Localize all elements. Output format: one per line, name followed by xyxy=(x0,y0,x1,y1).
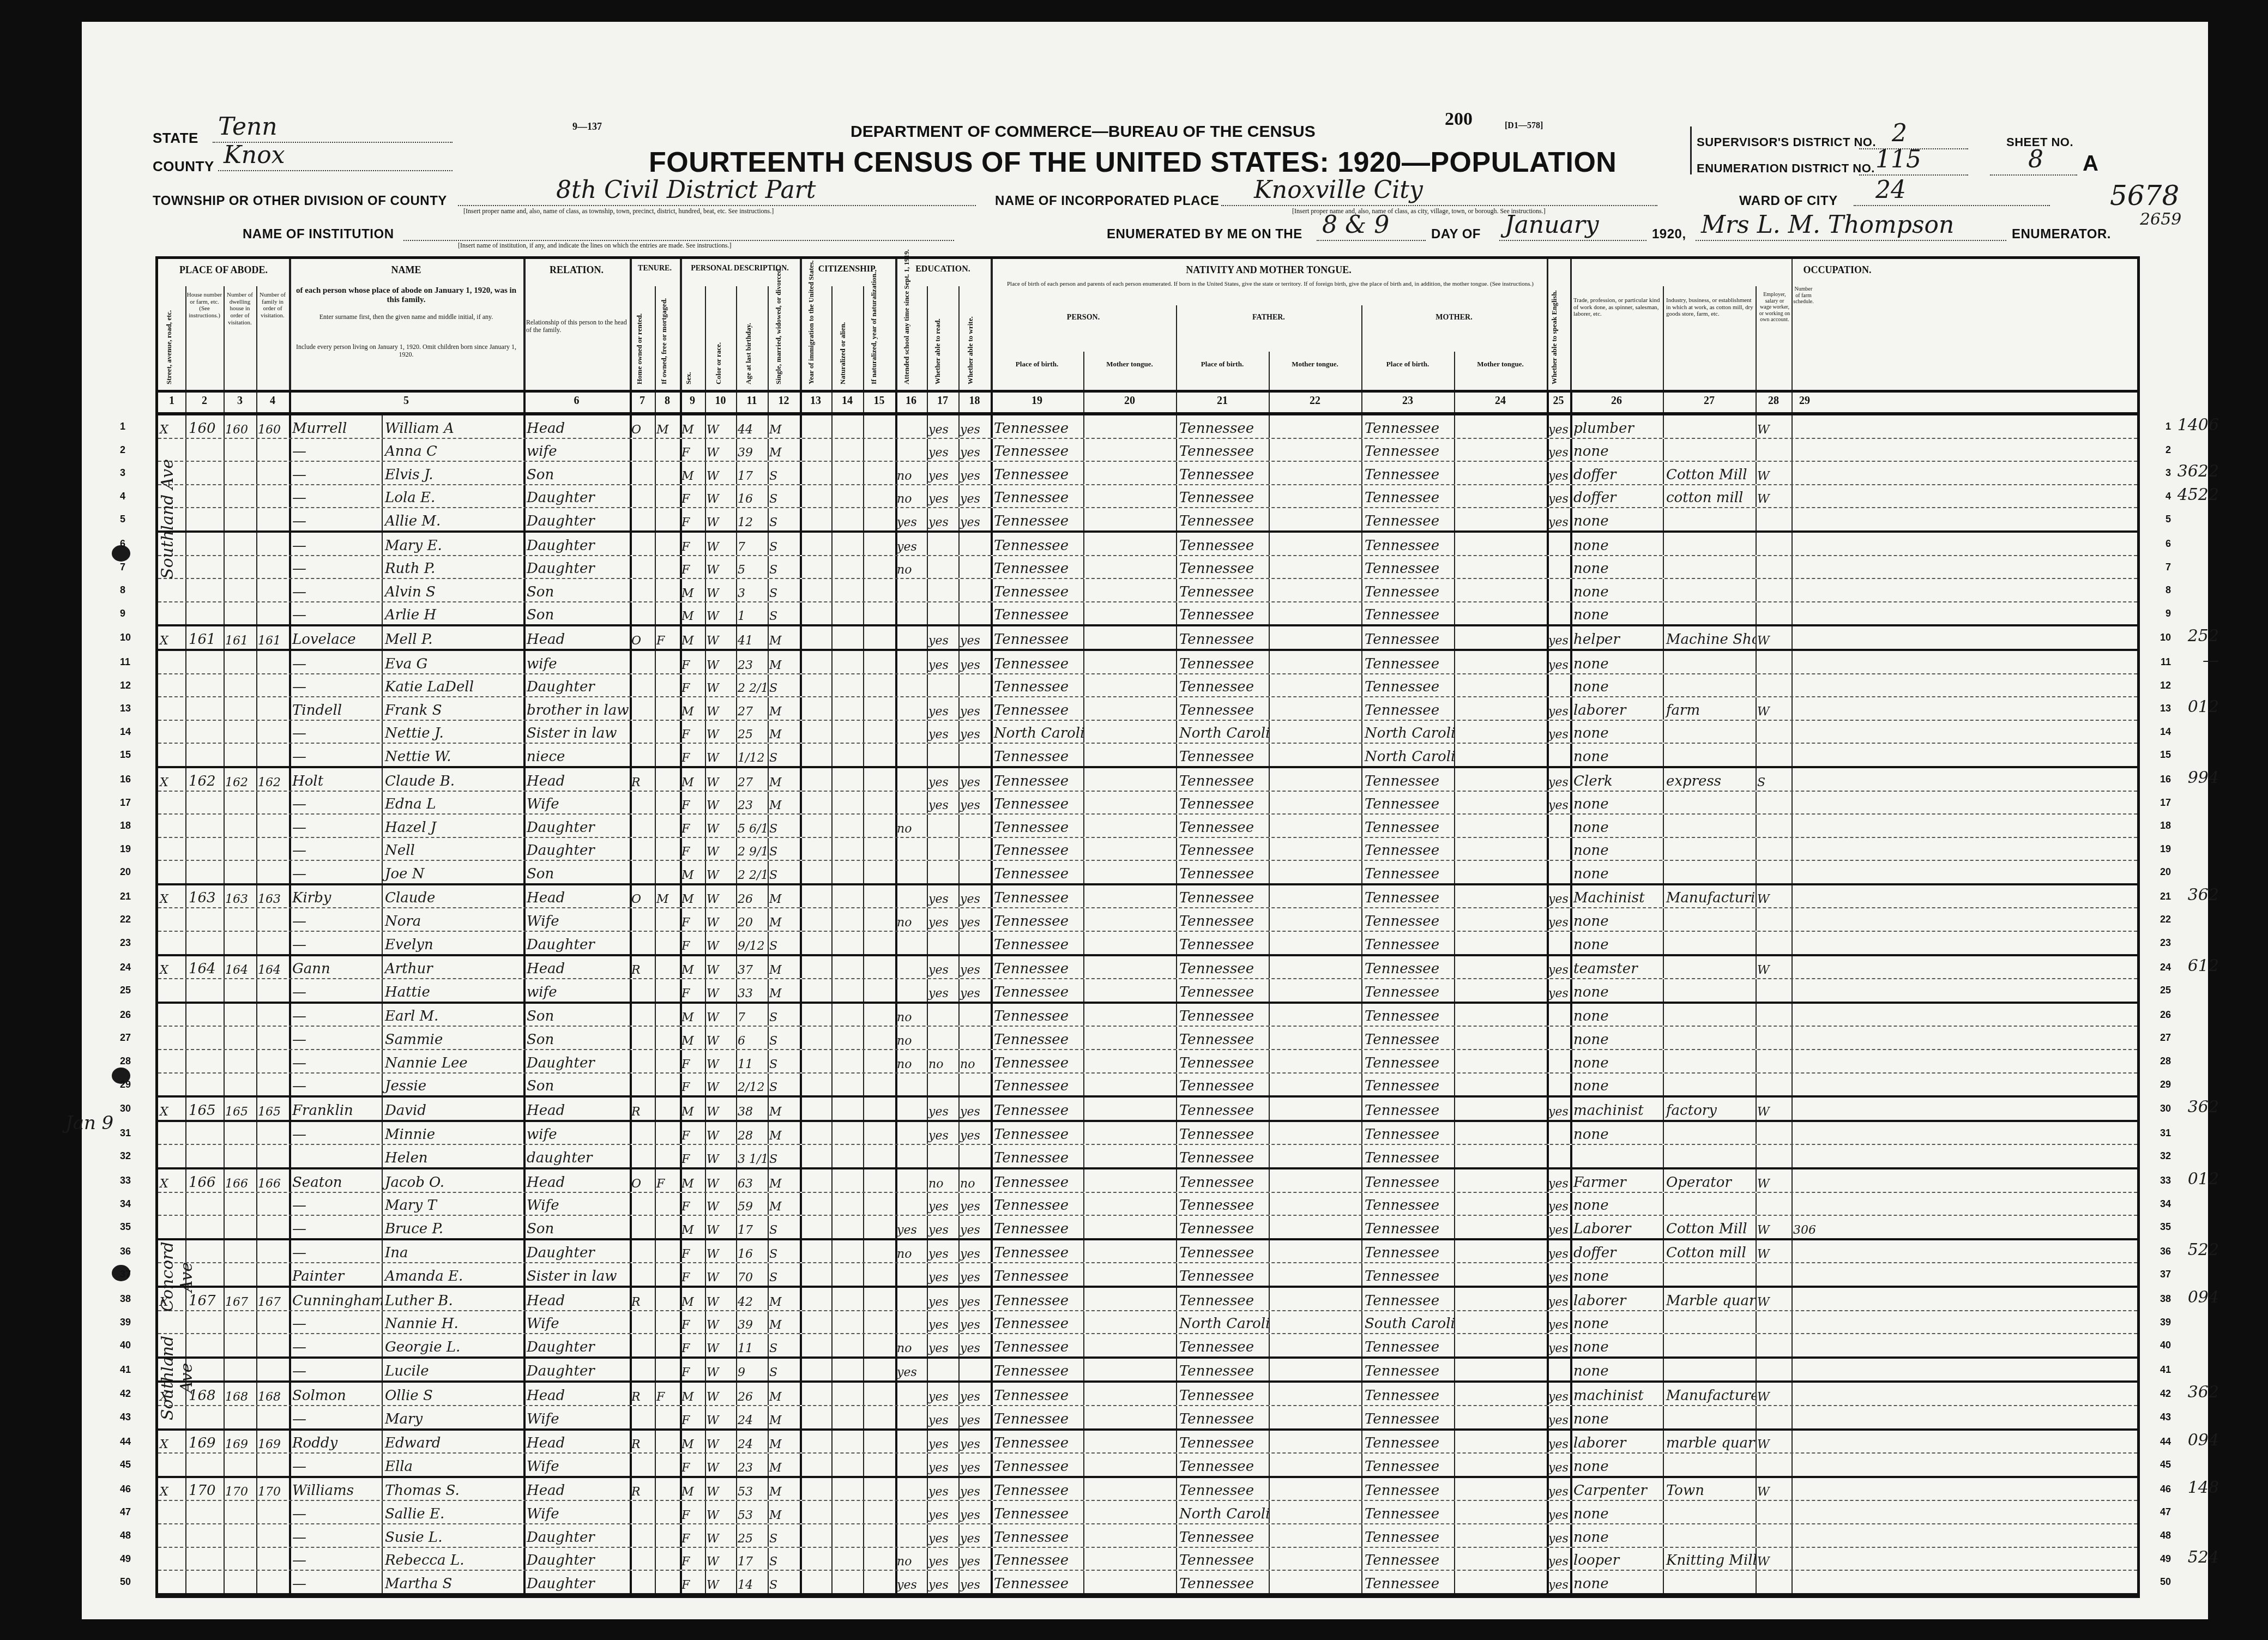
line-number-left: 2 xyxy=(120,444,125,456)
cell-english: yes xyxy=(1547,1406,1570,1428)
cell-imm xyxy=(800,462,831,484)
cell-age: 20 xyxy=(736,908,768,931)
cell-house: 162 xyxy=(185,768,224,791)
cell-pob: Tennessee xyxy=(991,885,1083,908)
cell-given: Ruth P. xyxy=(382,556,523,578)
cell-sex: F xyxy=(680,792,705,814)
cell-farm xyxy=(1792,1383,1818,1405)
mother-place-of-birth: Place of birth. xyxy=(1361,360,1454,369)
cell-house: 163 xyxy=(185,885,224,908)
father-heading: FATHER. xyxy=(1176,313,1361,322)
cell-school: yes xyxy=(895,1216,927,1238)
cell-mmt xyxy=(1454,1311,1547,1334)
cell-read: yes xyxy=(927,1098,958,1120)
cell-natyr xyxy=(863,1311,895,1334)
cell-school xyxy=(895,579,927,601)
cell-dwelling xyxy=(224,1145,256,1167)
column-number: 24 xyxy=(1454,395,1547,407)
cell-nat xyxy=(831,792,863,814)
line-number: 5 xyxy=(2166,514,2171,525)
table-row: X165165165FranklinDavidHeadRMW38MyesyesT… xyxy=(158,1098,2137,1122)
cell-pob: Tennessee xyxy=(991,579,1083,601)
cell-mark xyxy=(158,1122,185,1144)
cell-class: W xyxy=(1756,1098,1792,1120)
cell-dwelling: 162 xyxy=(224,768,256,791)
cell-marital: M xyxy=(768,979,800,1002)
read-col-header: Whether able to read. xyxy=(933,292,942,384)
cell-sex: M xyxy=(680,462,705,484)
cell-fpob: Tennessee xyxy=(1176,1263,1269,1286)
cell-given: Georgie L. xyxy=(382,1334,523,1356)
cell-family: 164 xyxy=(256,956,289,979)
cell-pob: Tennessee xyxy=(991,1571,1083,1593)
cell-imm xyxy=(800,908,831,931)
cell-class xyxy=(1756,838,1792,860)
line-number: 26 xyxy=(2160,1009,2171,1021)
cell-mortgage xyxy=(655,956,680,979)
cell-dwelling xyxy=(224,744,256,766)
cell-dwelling: 166 xyxy=(224,1169,256,1192)
nativity-description: Place of birth of each person and parent… xyxy=(998,281,1543,288)
cell-nat xyxy=(831,508,863,530)
cell-fpob: Tennessee xyxy=(1176,1145,1269,1167)
cell-race: W xyxy=(705,1216,736,1238)
cell-school xyxy=(895,1406,927,1428)
cell-mortgage xyxy=(655,1074,680,1096)
cell-mmt xyxy=(1454,1074,1547,1096)
cell-farm xyxy=(1792,932,1818,954)
cell-pmt xyxy=(1083,815,1176,837)
cell-race: W xyxy=(705,651,736,673)
cell-marital: S xyxy=(768,1240,800,1263)
cell-marital: S xyxy=(768,1145,800,1167)
cell-relation: daughter xyxy=(523,1145,630,1167)
cell-mortgage xyxy=(655,908,680,931)
cell-fmt xyxy=(1269,768,1361,791)
cell-class xyxy=(1756,979,1792,1002)
cell-nat xyxy=(831,533,863,555)
cell-class: W xyxy=(1756,1169,1792,1192)
cell-owned: O xyxy=(630,626,655,649)
cell-mortgage xyxy=(655,932,680,954)
cell-surname: — xyxy=(289,485,382,508)
year-label: 1920, xyxy=(1652,227,1686,242)
cell-mark xyxy=(158,932,185,954)
cell-dwelling: 170 xyxy=(224,1478,256,1500)
cell-marital: M xyxy=(768,1288,800,1310)
cell-dwelling xyxy=(224,1334,256,1356)
cell-nat xyxy=(831,744,863,766)
cell-dwelling xyxy=(224,1216,256,1238)
cell-pob: Tennessee xyxy=(991,415,1083,438)
line-number-left: 9 xyxy=(120,608,125,619)
line-number: 2 xyxy=(2166,444,2171,456)
cell-marital: S xyxy=(768,1524,800,1547)
cell-owned xyxy=(630,533,655,555)
cell-write: yes xyxy=(958,1263,991,1286)
cell-write xyxy=(958,579,991,601)
line-number-left: 1 xyxy=(120,421,125,432)
cell-english: yes xyxy=(1547,1524,1570,1547)
cell-fmt xyxy=(1269,861,1361,883)
cell-mmt xyxy=(1454,1431,1547,1453)
margin-code: 994 xyxy=(2188,768,2219,787)
cell-owned xyxy=(630,1240,655,1263)
cell-mark xyxy=(158,721,185,743)
cell-dwelling xyxy=(224,533,256,555)
cell-pmt xyxy=(1083,674,1176,697)
cell-owned xyxy=(630,697,655,720)
cell-nat xyxy=(831,462,863,484)
cell-sex: M xyxy=(680,1216,705,1238)
line-number: 15 xyxy=(2160,749,2171,761)
cell-school xyxy=(895,932,927,954)
cell-write: yes xyxy=(958,1524,991,1547)
cell-read: yes xyxy=(927,439,958,461)
cell-given: Claude xyxy=(382,885,523,908)
cell-write: yes xyxy=(958,1406,991,1428)
cell-trade: none xyxy=(1570,1454,1663,1476)
cell-english xyxy=(1547,602,1570,625)
cell-read xyxy=(927,1145,958,1167)
cell-relation: Head xyxy=(523,415,630,438)
cell-school: no xyxy=(895,1334,927,1356)
mother-mother-tongue: Mother tongue. xyxy=(1454,360,1547,369)
cell-school xyxy=(895,697,927,720)
cell-pmt xyxy=(1083,697,1176,720)
cell-mark: X xyxy=(158,626,185,649)
margin-code: — xyxy=(2203,651,2219,670)
cell-fmt xyxy=(1269,1050,1361,1072)
margin-code: 612 xyxy=(2188,956,2219,975)
line-number-left: 14 xyxy=(120,726,131,738)
cell-house xyxy=(185,533,224,555)
cell-relation: Son xyxy=(523,579,630,601)
cell-age: 1 xyxy=(736,602,768,625)
name-description: of each person whose place of abode on J… xyxy=(294,286,518,305)
cell-read: yes xyxy=(927,462,958,484)
margin-code: 522 xyxy=(2188,1240,2219,1259)
cell-mark: X xyxy=(158,1169,185,1192)
line-number: 13 xyxy=(2160,703,2171,714)
cell-owned xyxy=(630,1406,655,1428)
line-number: 1 xyxy=(2166,421,2171,432)
cell-race: W xyxy=(705,744,736,766)
cell-nat xyxy=(831,908,863,931)
cell-industry xyxy=(1663,1406,1756,1428)
cell-family: 166 xyxy=(256,1169,289,1192)
cell-trade: none xyxy=(1570,1524,1663,1547)
cell-given: Arlie H xyxy=(382,602,523,625)
cell-fpob: North Carolina xyxy=(1176,1501,1269,1523)
cell-family xyxy=(256,1548,289,1570)
cell-school: no xyxy=(895,1004,927,1026)
cell-marital: S xyxy=(768,556,800,578)
cell-age: 14 xyxy=(736,1571,768,1593)
form-code: [D1—578] xyxy=(1505,121,1543,131)
cell-nat xyxy=(831,1431,863,1453)
cell-class xyxy=(1756,533,1792,555)
cell-family: 168 xyxy=(256,1383,289,1405)
cell-sex: F xyxy=(680,979,705,1002)
cell-farm xyxy=(1792,462,1818,484)
cell-school xyxy=(895,1431,927,1453)
cell-race: W xyxy=(705,674,736,697)
group-occupation: OCCUPATION. xyxy=(1570,264,2104,276)
cell-mpob: Tennessee xyxy=(1361,1169,1454,1192)
cell-trade: none xyxy=(1570,1193,1663,1215)
cell-write: yes xyxy=(958,1334,991,1356)
line-number: 29 xyxy=(2160,1079,2171,1090)
cell-age: 17 xyxy=(736,1216,768,1238)
cell-school xyxy=(895,1193,927,1215)
cell-english: yes xyxy=(1547,1193,1570,1215)
column-number: 4 xyxy=(256,395,289,407)
cell-house xyxy=(185,932,224,954)
cell-write xyxy=(958,674,991,697)
cell-surname: — xyxy=(289,908,382,931)
cell-class: W xyxy=(1756,1240,1792,1263)
naturalization-year-col-header: If naturalized, year of naturalization. xyxy=(870,292,878,384)
cell-mortgage xyxy=(655,1334,680,1356)
cell-marital: S xyxy=(768,1571,800,1593)
column-number: 9 xyxy=(680,395,705,407)
cell-write xyxy=(958,533,991,555)
cell-read: no xyxy=(927,1050,958,1072)
cell-surname: Franklin xyxy=(289,1098,382,1120)
column-number: 6 xyxy=(523,395,630,407)
cell-mark xyxy=(158,1145,185,1167)
cell-pmt xyxy=(1083,1524,1176,1547)
cell-read: yes xyxy=(927,1193,958,1215)
cell-sex: M xyxy=(680,1288,705,1310)
table-row: X170170170WilliamsThomas S.HeadRMW53Myes… xyxy=(158,1478,2137,1502)
cell-write: yes xyxy=(958,908,991,931)
cell-marital: S xyxy=(768,1548,800,1570)
line-number: 35 xyxy=(2160,1221,2171,1233)
line-number: 45 xyxy=(2160,1459,2171,1470)
cell-fpob: Tennessee xyxy=(1176,979,1269,1002)
cell-imm xyxy=(800,1263,831,1286)
cell-fmt xyxy=(1269,1169,1361,1192)
cell-race: W xyxy=(705,1169,736,1192)
cell-class xyxy=(1756,1004,1792,1026)
cell-fpob: Tennessee xyxy=(1176,1098,1269,1120)
line-number: 20 xyxy=(2160,866,2171,878)
cell-industry: Marble quarry xyxy=(1663,1288,1756,1310)
cell-industry: factory xyxy=(1663,1098,1756,1120)
cell-nat xyxy=(831,768,863,791)
cell-natyr xyxy=(863,768,895,791)
cell-mortgage: M xyxy=(655,415,680,438)
line-number-left: 21 xyxy=(120,891,131,902)
cell-given: Nannie Lee xyxy=(382,1050,523,1072)
cell-pob: Tennessee xyxy=(991,1406,1083,1428)
cell-mark xyxy=(158,1524,185,1547)
cell-age: 26 xyxy=(736,1383,768,1405)
cell-write: yes xyxy=(958,462,991,484)
cell-relation: Daughter xyxy=(523,1050,630,1072)
cell-read: yes xyxy=(927,1548,958,1570)
line-number: 23 xyxy=(2160,937,2171,949)
cell-house xyxy=(185,651,224,673)
cell-given: Nora xyxy=(382,908,523,931)
sheet-field: 8 xyxy=(1990,150,2077,176)
cell-pob: Tennessee xyxy=(991,838,1083,860)
cell-mpob: Tennessee xyxy=(1361,508,1454,530)
cell-nat xyxy=(831,1027,863,1049)
column-number: 2 xyxy=(185,395,224,407)
cell-nat xyxy=(831,1571,863,1593)
cell-nat xyxy=(831,1383,863,1405)
dwelling-col-header: Number of dwelling house in order of vis… xyxy=(225,292,255,326)
cell-pob: Tennessee xyxy=(991,1311,1083,1334)
cell-read: yes xyxy=(927,1524,958,1547)
cell-class xyxy=(1756,508,1792,530)
enumerator-name: Mrs L. M. Thompson xyxy=(1701,211,1954,239)
cell-house: 170 xyxy=(185,1478,224,1500)
cell-school xyxy=(895,1122,927,1144)
cell-dwelling xyxy=(224,462,256,484)
cell-fpob: Tennessee xyxy=(1176,792,1269,814)
cell-age: 38 xyxy=(736,1098,768,1120)
cell-pmt xyxy=(1083,721,1176,743)
cell-mortgage xyxy=(655,1406,680,1428)
cell-fmt xyxy=(1269,721,1361,743)
cell-imm xyxy=(800,1548,831,1570)
cell-fpob: Tennessee xyxy=(1176,908,1269,931)
table-row: X160160160MurrellWilliam AHeadOMMW44Myes… xyxy=(158,415,2137,439)
cell-age: 42 xyxy=(736,1288,768,1310)
cell-write: no xyxy=(958,1050,991,1072)
cell-mpob: Tennessee xyxy=(1361,1004,1454,1026)
cell-relation: Daughter xyxy=(523,838,630,860)
cell-mortgage xyxy=(655,792,680,814)
cell-fpob: Tennessee xyxy=(1176,1240,1269,1263)
cell-imm xyxy=(800,602,831,625)
cell-nat xyxy=(831,1501,863,1523)
cell-class: W xyxy=(1756,885,1792,908)
cell-mmt xyxy=(1454,1240,1547,1263)
cell-read xyxy=(927,1074,958,1096)
naturalized-col-header: Naturalized or alien. xyxy=(839,292,847,384)
cell-imm xyxy=(800,1145,831,1167)
line-number: 27 xyxy=(2160,1032,2171,1044)
cell-house xyxy=(185,602,224,625)
cell-nat xyxy=(831,1359,863,1381)
cell-race: W xyxy=(705,1050,736,1072)
cell-industry: Cotton Mill xyxy=(1663,462,1756,484)
cell-marital: S xyxy=(768,744,800,766)
cell-trade: teamster xyxy=(1570,956,1663,979)
cell-sex: F xyxy=(680,744,705,766)
cell-mark: X xyxy=(158,1478,185,1500)
cell-surname: — xyxy=(289,1311,382,1334)
cell-trade: looper xyxy=(1570,1548,1663,1570)
cell-school xyxy=(895,792,927,814)
cell-school: yes xyxy=(895,1359,927,1381)
cell-house xyxy=(185,485,224,508)
cell-mortgage xyxy=(655,744,680,766)
line-number-left: 6 xyxy=(120,538,125,550)
cell-pmt xyxy=(1083,602,1176,625)
cell-pmt xyxy=(1083,1334,1176,1356)
supervisor-district-value: 2 xyxy=(1892,119,1907,147)
cell-trade: none xyxy=(1570,1122,1663,1144)
cell-mortgage xyxy=(655,1359,680,1381)
cell-marital: S xyxy=(768,1359,800,1381)
cell-race: W xyxy=(705,1383,736,1405)
cell-imm xyxy=(800,1501,831,1523)
cell-mortgage xyxy=(655,462,680,484)
write-col-header: Whether able to write. xyxy=(966,292,975,384)
cell-marital: S xyxy=(768,815,800,837)
cell-sex: F xyxy=(680,1406,705,1428)
cell-given: Mary xyxy=(382,1406,523,1428)
cell-family xyxy=(256,1027,289,1049)
cell-school: no xyxy=(895,1027,927,1049)
cell-industry: Cotton mill xyxy=(1663,1240,1756,1263)
table-row: —SammieSonMW6SnoTennesseeTennesseeTennes… xyxy=(158,1027,2137,1050)
cell-pmt xyxy=(1083,1027,1176,1049)
cell-farm xyxy=(1792,1050,1818,1072)
cell-write xyxy=(958,1004,991,1026)
cell-dwelling xyxy=(224,861,256,883)
cell-fpob: Tennessee xyxy=(1176,533,1269,555)
cell-write xyxy=(958,1359,991,1381)
cell-age: 3 1/12 xyxy=(736,1145,768,1167)
cell-read xyxy=(927,815,958,837)
cell-surname: — xyxy=(289,838,382,860)
cell-mortgage xyxy=(655,556,680,578)
cell-mmt xyxy=(1454,721,1547,743)
cell-imm xyxy=(800,1383,831,1405)
cell-mmt xyxy=(1454,792,1547,814)
cell-owned xyxy=(630,792,655,814)
cell-school: yes xyxy=(895,1571,927,1593)
cell-read: yes xyxy=(927,1406,958,1428)
cell-nat xyxy=(831,1074,863,1096)
cell-mmt xyxy=(1454,1478,1547,1500)
cell-class xyxy=(1756,1571,1792,1593)
cell-mark xyxy=(158,861,185,883)
cell-family xyxy=(256,744,289,766)
cell-mark: X xyxy=(158,1431,185,1453)
line-number: 42 xyxy=(2160,1388,2171,1400)
cell-fpob: Tennessee xyxy=(1176,1193,1269,1215)
cell-class xyxy=(1756,1050,1792,1072)
cell-read xyxy=(927,602,958,625)
table-row: X167167167CunninghamLuther B.HeadRMW42My… xyxy=(158,1288,2137,1311)
cell-read: yes xyxy=(927,956,958,979)
line-number-left: 32 xyxy=(120,1150,131,1162)
cell-fpob: Tennessee xyxy=(1176,861,1269,883)
cell-family xyxy=(256,1004,289,1026)
line-number-left: 31 xyxy=(120,1127,131,1139)
cell-farm xyxy=(1792,579,1818,601)
father-mother-tongue: Mother tongue. xyxy=(1269,360,1361,369)
cell-mmt xyxy=(1454,1571,1547,1593)
cell-imm xyxy=(800,651,831,673)
cell-school xyxy=(895,1478,927,1500)
table-row: X162162162HoltClaude B.HeadRMW27MyesyesT… xyxy=(158,768,2137,792)
cell-class xyxy=(1756,1501,1792,1523)
cell-write: yes xyxy=(958,1431,991,1453)
cell-school xyxy=(895,1098,927,1120)
cell-age: 27 xyxy=(736,768,768,791)
table-row: —Rebecca L.DaughterFW17SnoyesyesTennesse… xyxy=(158,1548,2137,1571)
cell-sex: M xyxy=(680,1004,705,1026)
